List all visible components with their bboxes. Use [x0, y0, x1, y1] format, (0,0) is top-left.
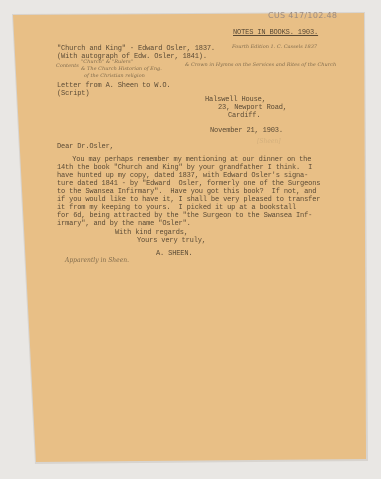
salutation: Dear Dr.Osler, — [57, 143, 114, 151]
address-line-1: Halswell House, — [205, 96, 266, 104]
signature: A. SHEEN. — [156, 250, 192, 258]
entry-title: "Church and King" - Edward Osler, 1837. — [57, 45, 215, 53]
reference-number: CUS 417/102.48 — [268, 12, 337, 20]
body-line: irmary", and by the name "Osler". — [57, 220, 191, 228]
pencil-mark: [Sheen] — [257, 138, 281, 145]
contents-label: Contents — [56, 63, 79, 69]
letter-date: November 21, 1903. — [210, 127, 283, 135]
body-line: ture dated 1841 - by "Edward Osler, form… — [57, 180, 320, 188]
heading: NOTES IN BOOKS. 1903. — [233, 29, 318, 37]
body-line: to the Swansea Infirmary". Have you got … — [57, 188, 316, 196]
letter-script: (Script) — [57, 90, 89, 98]
contents-line-c: of the Christian religion — [84, 73, 145, 79]
body-line: have hunted up my copy, dated 1837, with… — [57, 172, 308, 180]
entry-annotation: Fourth Edition 1. C. Cassels 1837 — [232, 44, 317, 50]
letter-source: Letter from A. Sheen to W.O. — [57, 82, 170, 90]
body-line: if you would like to have it, I shall be… — [57, 196, 320, 204]
address-line-3: Cardiff. — [228, 112, 260, 120]
body-line: it from my keeping to yours. I picked it… — [57, 204, 296, 212]
address-line-2: 23, Newport Road, — [218, 104, 287, 112]
contents-line-b: & The Church Historian of Eng. — [81, 66, 162, 72]
body-line: You may perhaps remember my mentioning a… — [52, 156, 311, 164]
body-line: 14th the book "Church and King" by your … — [57, 164, 312, 172]
contents-right-note: & Crown in Hymns on the Services and Rit… — [185, 62, 336, 68]
contents-line-a: "Church" & "Rulers" — [81, 59, 133, 65]
handwritten-footer: Apparently in Sheen. — [65, 258, 129, 264]
closing-regards: With kind regards, — [115, 229, 188, 237]
closing-yours: Yours very truly, — [137, 237, 206, 245]
body-line: for 6d, being attracted by the "the Surg… — [57, 212, 312, 220]
